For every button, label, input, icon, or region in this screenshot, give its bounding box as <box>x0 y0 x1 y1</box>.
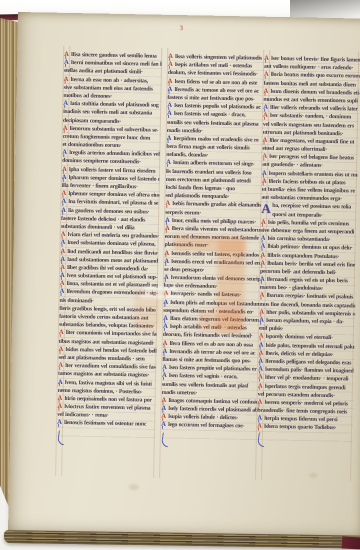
entry-text: aut gaudendo· · adinstans· <box>262 162 323 169</box>
entry-text: loniam adberis erectorum vel singe- <box>173 160 254 168</box>
entry-text: lserum explandum, vel expia · da- <box>266 318 344 325</box>
entry-text: lsio peliis, humilia vel pris cernimus <box>268 220 349 228</box>
entry-text: substantias dominandi · vel dilia <box>61 224 135 231</box>
entry-text: utrorum aut platismodi bonitandis· <box>263 129 343 137</box>
entry-text: illa ferventer · finem argillaribus· <box>62 183 138 190</box>
entry-text: et dominationibus eorum· <box>62 142 121 149</box>
entry-text: motibus ad demones· <box>63 93 112 100</box>
entry-initial-red: A <box>257 423 264 432</box>
entry-text: lshera tempus quarto Todiebus· <box>264 424 336 431</box>
entry-text: decipiosam comparandis· <box>63 117 121 124</box>
photograph-of-manuscript: 3 Alfisa sincere gaudens vel semilio len… <box>0 0 360 550</box>
parchment-stain <box>309 473 317 478</box>
watermark-white-text <box>144 286 178 291</box>
entry-text: se deus pensapro· <box>164 267 204 274</box>
entry-text: vel pecorum estandem adorandis· <box>258 391 335 398</box>
text-column-1: Alfisa sincere gaudens vel semilio lenua… <box>57 51 162 439</box>
pen-flourish-tail <box>257 432 266 447</box>
parchment-stain <box>129 484 139 490</box>
pen-flourish-tail <box>57 430 66 445</box>
entry-text: madis umetros· <box>162 390 197 397</box>
entry-text: aut substantias comminandos erga· <box>261 195 342 203</box>
entry-text: sed platismodis nonquando· <box>165 193 229 200</box>
entry-text: lser substantis· eandem, · dominum <box>270 113 351 121</box>
manuscript-text-line: Alienoscis festimans vel ostentur nunc <box>57 419 155 429</box>
entry-text: lfibris comptandum Postulatus· <box>267 252 339 259</box>
entry-text: ba, recepisse vel possimus seu tolia <box>272 203 351 211</box>
manuscript-text-line: Alshera tempus quarto Todiebus· <box>257 423 353 433</box>
large-decorated-initial: A <box>261 201 271 216</box>
pen-flourish-tail <box>161 432 170 447</box>
entry-text: lfernandi regnis vel eis ut plus beris <box>267 277 348 285</box>
entry-text: eiusd aut regnas ulterrimali· <box>262 146 327 153</box>
entry-text: dominus sempiterne constituendis· <box>62 158 141 166</box>
entry-text: libet gradibus ibi vel ostendendi da· <box>67 265 148 273</box>
entry-initial-blue: A <box>161 421 168 430</box>
entry-initial-blue: A <box>57 419 64 428</box>
entry-text: lsio carmina substantianda· <box>268 236 331 243</box>
entry-text: nis dominandi· <box>59 297 93 304</box>
entry-text: madis uncelido· <box>167 128 203 135</box>
entry-text: vel indicamus· · rema· <box>57 412 108 419</box>
entry-text: serperis eorum· <box>165 209 201 216</box>
book-cover-corner-bottom-right <box>342 536 360 549</box>
entry-text: lsperlatus tergis eradinques gerendi <box>265 383 346 391</box>
entry-text: lego occurum vel formagines coe- <box>168 422 244 429</box>
entry-text: lsporely dominus vel eternali· <box>266 334 333 341</box>
entry-text: lberis, delictis vel er deliquias· <box>265 351 333 358</box>
entry-text: lienoscis festimans vel ostentur nunc <box>64 420 146 428</box>
watermark-orange-hook <box>198 310 242 333</box>
entry-text: nefandis, deandas· <box>166 152 208 159</box>
watermark-white-text <box>140 294 184 299</box>
entry-text: enif pulsis· <box>259 326 283 332</box>
entry-text: lfieris faciens orbibus eis ut platos <box>269 179 346 186</box>
entry-text: fochi fando flens lagenas · quo <box>166 185 235 192</box>
entry-text: pecorum beli· aut deferendis beli· <box>260 269 337 276</box>
manuscript-page: 3 Alfisa sincere gaudens vel semilio len… <box>8 12 360 542</box>
entry-text: lsen fastenis vel sagenis · draco, <box>174 111 246 118</box>
entry-text: quorsi aut temporalis· <box>272 211 322 218</box>
entry-text: lsepis artilabus vel meli · ostendas <box>175 62 252 69</box>
entry-text: lterpla tempus fiderum vel persi <box>264 416 337 423</box>
entry-text: lsupia volleris fabule · delictos- <box>168 414 238 421</box>
entry-text: stellas audita aut platismodi simili· <box>64 68 143 76</box>
entry-text: lterna ab esse non ab · aduersitas, <box>71 77 148 84</box>
folio-number: 3 <box>180 24 184 32</box>
entry-text: marem beo· · glandulositas· <box>260 285 324 292</box>
text-column-3: Alser bonus vel brevis· fine figuris lam… <box>257 55 360 443</box>
manuscript-text-line: Alego occurum vel formagines coe- <box>161 421 257 431</box>
entry-text: lsen fastens vel saginis · eraco, <box>169 373 238 380</box>
